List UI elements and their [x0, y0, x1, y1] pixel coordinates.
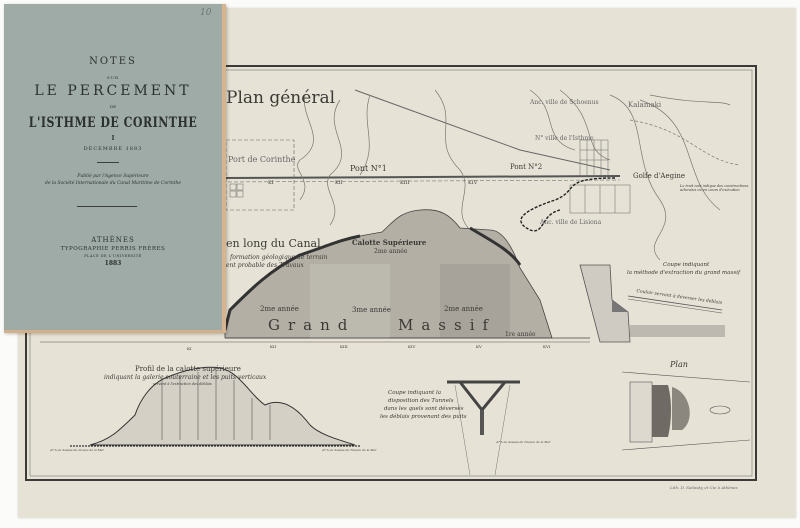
bridge-2-label: Pont N°2	[510, 163, 542, 171]
cover-date: DÉCEMBRE 1883	[4, 146, 222, 152]
year-1: 1re année	[505, 331, 536, 338]
cover-notes: NOTES	[4, 56, 222, 67]
cover-volume: I	[4, 135, 222, 142]
new-town-label: N° ville de l'Isthme	[535, 135, 594, 142]
profile-subtitle-2: ent probable des Travaux	[226, 262, 304, 269]
km-KII: KII	[270, 344, 276, 349]
cover-rule-ornament	[77, 206, 137, 207]
km-marker: KI	[268, 180, 274, 186]
old-town-lisiona: Anc. ville de Lisiona	[540, 219, 601, 226]
cover-le-percement: LE PERCEMENT	[4, 83, 222, 99]
tunnel-caption-3: dans les quels sont déversés	[384, 406, 463, 412]
cover-year: 1883	[4, 260, 222, 267]
km-marker: KIII	[400, 180, 410, 186]
tunnel-caption-1: Coupe indiquant la	[388, 390, 441, 396]
imprint: Lith. D. Saliasky et Cie à Athènes	[670, 485, 738, 490]
massif-label: Massif	[398, 316, 496, 334]
plan-small-title: Plan	[670, 360, 688, 369]
calotte-year: 2me année	[374, 248, 407, 255]
cover-sur: SUR	[4, 75, 222, 80]
profile-title: en long du Canal	[226, 237, 321, 250]
extraction-title-1: Coupe indiquant	[663, 262, 709, 268]
calotte-profile-subtitle: indiquant la galerie souterraine et les …	[104, 374, 266, 381]
bridge-1-label: Pont N°1	[350, 164, 387, 173]
right-level: 47.5 au dessus du Niveau de la Mer	[322, 448, 377, 452]
year-2-left: 2me année	[260, 305, 299, 313]
cover-de: DE	[4, 104, 222, 109]
km-KVI: KVI	[543, 344, 550, 349]
cover-isthme: L'ISTHME DE CORINTHE	[4, 114, 222, 131]
cover-rule	[97, 162, 119, 163]
shelf-mark: 10	[200, 8, 211, 18]
calotte-label: Calotte Supérieure	[352, 238, 426, 247]
km-marker: KII	[335, 180, 343, 186]
calotte-profile-note: servant à l'extraction des déblais	[153, 382, 212, 386]
km-KIII: KIII	[340, 344, 348, 349]
profile-subtitle-1: formation géologique de terrain	[230, 254, 328, 261]
tunnel-caption-2: disposition des Tunnels	[388, 398, 454, 404]
km-KI: KI	[187, 346, 192, 351]
plan-title: Plan général	[226, 88, 335, 108]
cover-printer-address: PLACE DE L'UNIVERSITÉ	[4, 254, 222, 258]
gulf-label: Golfe d'Aegine	[633, 172, 685, 180]
km-KIV: KIV	[408, 344, 415, 349]
cover-publisher-2: de la Société Internationale du Canal Ma…	[4, 181, 222, 186]
extraction-title-2: la méthode d'extraction du grand massif	[627, 270, 740, 276]
cover-city: ATHÈNES	[4, 236, 222, 244]
cover-publisher-1: Publié par l'Agence Supérieure	[4, 174, 222, 179]
km-marker: KIV	[468, 180, 477, 186]
booklet-cover: 10 NOTES SUR LE PERCEMENT DE L'ISTHME DE…	[4, 4, 226, 333]
old-town-schoenus: Anc. ville de Schoenus	[530, 99, 599, 106]
year-3: 3me année	[352, 306, 391, 314]
kalamaki-label: Kalamaki	[628, 101, 661, 109]
cover-printer: TYPOGRAPHIE PERRIS FRÈRES	[4, 246, 222, 252]
legend-note: Le trait noir indique des constructions …	[680, 184, 750, 192]
year-2-right: 2me année	[444, 305, 483, 313]
left-level: 47.5 au dessus du niveau de la Mer	[50, 448, 104, 452]
grand-label: Grand	[268, 316, 355, 334]
km-KV: KV	[476, 344, 482, 349]
port-label: Port de Corinthe	[228, 155, 295, 164]
calotte-profile-title: Profil de la calotte supérieure	[135, 365, 241, 373]
tunnel-level: 47.5 au dessus du Niveau de la Mer	[496, 440, 551, 444]
tunnel-caption-4: les déblais provenant des puits	[380, 414, 467, 420]
